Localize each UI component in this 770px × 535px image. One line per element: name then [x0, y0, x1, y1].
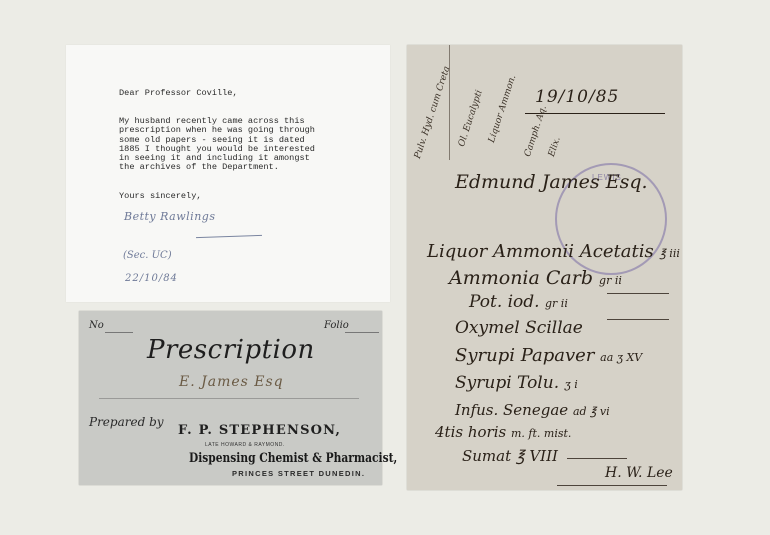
rx-line: Pot. iod. gr ii [469, 292, 568, 312]
typed-letter: Dear Professor Coville, My husband recen… [66, 45, 390, 302]
card-address: PRINCES STREET DUNEDIN. [232, 469, 365, 478]
prescription-addressee: Edmund James Esq. [455, 171, 648, 193]
card-number-label: No [89, 320, 104, 331]
card-folio-line [345, 332, 379, 333]
card-folio-label: Folio [324, 320, 349, 331]
rx-line: Syrupi Tolu. ʒ i [455, 373, 578, 393]
qty-rule [567, 458, 627, 459]
rx-line: Liquor Ammonii Acetatis ℥ iii [427, 241, 680, 262]
qty-rule [607, 293, 669, 294]
card-late-line: LATE HOWARD & RAYMOND. [205, 442, 285, 448]
card-title: Prescription [147, 335, 315, 365]
card-patient-name: E. James Esq [179, 374, 284, 390]
card-number-line [105, 332, 133, 333]
prescription-date: 19/10/85 [535, 87, 619, 107]
letter-body: My husband recently came across this pre… [119, 117, 315, 173]
rx-line: Oxymel Scillae [455, 318, 583, 338]
letter-date: 22/10/84 [125, 273, 178, 284]
margin-note: Pulv. Hyd. cum Creta [413, 65, 452, 160]
rx-line: Syrupi Papaver aa ʒ XV [455, 345, 642, 366]
letter-signature: Betty Rawlings [124, 210, 215, 223]
letter-greeting: Dear Professor Coville, [119, 89, 238, 98]
letter-closing: Yours sincerely, [119, 192, 202, 201]
card-prepared-by: Prepared by [89, 415, 164, 429]
signature-underline [196, 235, 262, 238]
rx-line: Ammonia Carb gr ii [449, 267, 622, 289]
margin-rule [449, 45, 450, 160]
prescriber-signature: H. W. Lee [605, 465, 673, 481]
card-patient-line [99, 398, 359, 399]
margin-note: Ol. Eucalypti [457, 89, 485, 148]
margin-note: Liquor Ammon. [487, 74, 518, 144]
rx-line: Sumat ℥ VIII [462, 447, 558, 465]
prescription-card: No Folio Prescription E. James Esq Prepa… [79, 311, 382, 485]
handwritten-prescription: Pulv. Hyd. cum Creta Ol. Eucalypti Liquo… [407, 45, 682, 490]
card-profession: Dispensing Chemist & Pharmacist, [189, 451, 397, 466]
letter-department-note: (Sec. UC) [123, 250, 172, 261]
signature-rule [557, 485, 667, 486]
card-chemist-name: F. P. STEPHENSON, [178, 423, 341, 438]
rx-line: 4tis horis m. ft. mist. [435, 423, 571, 441]
rx-line: Infus. Senegae ad ℥ vi [455, 401, 610, 419]
date-underline [525, 113, 665, 114]
qty-rule [607, 319, 669, 320]
margin-note: Elix. [547, 136, 563, 158]
